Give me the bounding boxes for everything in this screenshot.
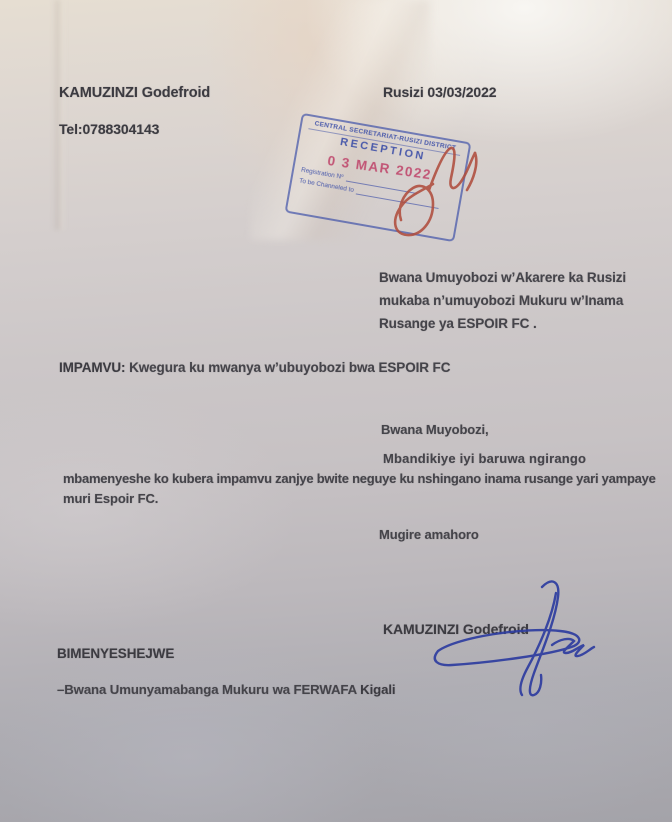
sender-phone: Tel:0788304143 [59, 121, 159, 137]
cc-item-bold: Kigali [360, 682, 395, 697]
recipient-block: Bwana Umuyobozi w’Akarere ka Rusizi muka… [379, 266, 626, 335]
recipient-line-2: mukaba n’umuyobozi Mukuru w’Inama [379, 289, 626, 312]
letter-photo: KAMUZINZI Godefroid Tel:0788304143 Rusiz… [0, 0, 672, 822]
subject-label: IMPAMVU: [59, 360, 125, 375]
paper-crease-vertical [52, 0, 66, 230]
body-line-1: mbamenyeshe ko kubera impamvu zanjye bwi… [63, 471, 656, 486]
subject-text: Kwegura ku mwanya w’ubuyobozi bwa ESPOIR… [125, 360, 450, 375]
cc-item: –Bwana Umunyamabanga Mukuru wa FERWAFA K… [57, 682, 395, 697]
recipient-line-1: Bwana Umuyobozi w’Akarere ka Rusizi [379, 266, 626, 289]
closing: Mugire amahoro [379, 527, 479, 542]
salutation: Bwana Muyobozi, [381, 422, 489, 437]
cc-heading: BIMENYESHEJWE [57, 646, 174, 661]
body-intro: Mbandikiye iyi baruwa ngirango [383, 451, 586, 466]
signatory-name: KAMUZINZI Godefroid [383, 621, 529, 637]
sender-name: KAMUZINZI Godefroid [59, 85, 210, 101]
body-line-2: muri Espoir FC. [63, 491, 158, 506]
recipient-line-3: Rusange ya ESPOIR FC . [379, 312, 626, 335]
cc-item-text: –Bwana Umunyamabanga Mukuru wa FERWAFA [57, 682, 360, 697]
date-line: Rusizi 03/03/2022 [383, 84, 497, 100]
subject-line: IMPAMVU: Kwegura ku mwanya w’ubuyobozi b… [59, 360, 450, 375]
signature-icon [424, 573, 604, 708]
